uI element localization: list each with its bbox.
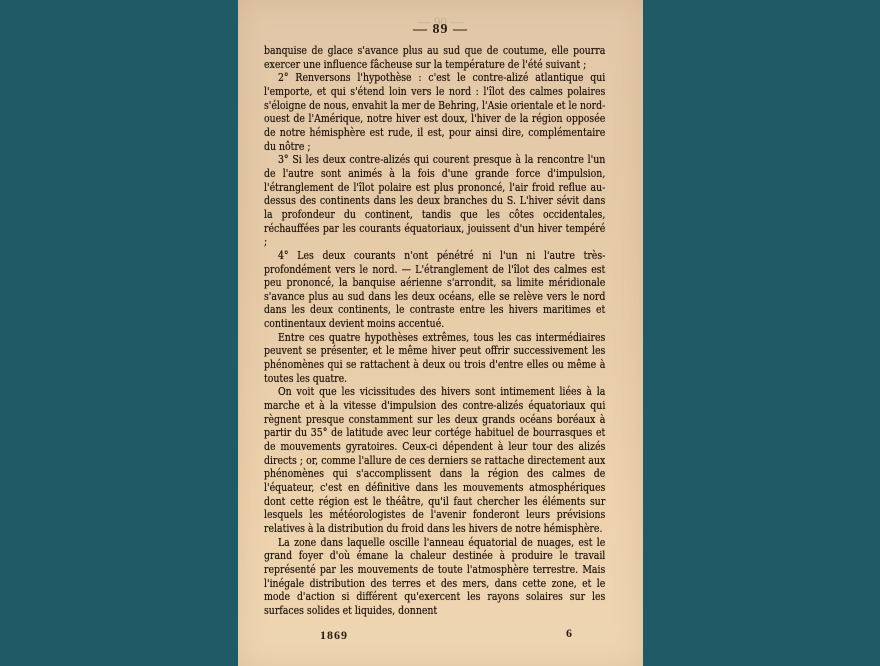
body-text: banquise de glace s'avance plus au sud q… [264,44,606,618]
footer-signature-mark: 6 [566,626,572,641]
paragraph-hypothesis-4: 4° Les deux courants n'ont pénétré ni l'… [264,249,605,331]
paragraph-equatorial-zone: La zone dans laquelle oscille l'anneau é… [264,536,605,618]
paragraph-vicissitudes: On voit que les vicissitudes des hivers … [264,385,605,535]
paragraph-intermediate-cases: Entre ces quatre hypothèses extrêmes, to… [264,331,605,386]
footer-year: 1869 [320,628,348,643]
paragraph-hypothesis-3: 3° Si les deux contre-alizés qui courent… [264,153,605,249]
document-viewer: — 90 — — 89 — banquise de glace s'avance… [0,0,880,666]
scanned-page: — 90 — — 89 — banquise de glace s'avance… [238,0,643,666]
page-number: — 89 — [238,22,643,38]
paragraph-hypothesis-2: 2° Renversons l'hypothèse : c'est le con… [264,71,605,153]
paragraph-continuation: banquise de glace s'avance plus au sud q… [264,44,605,71]
